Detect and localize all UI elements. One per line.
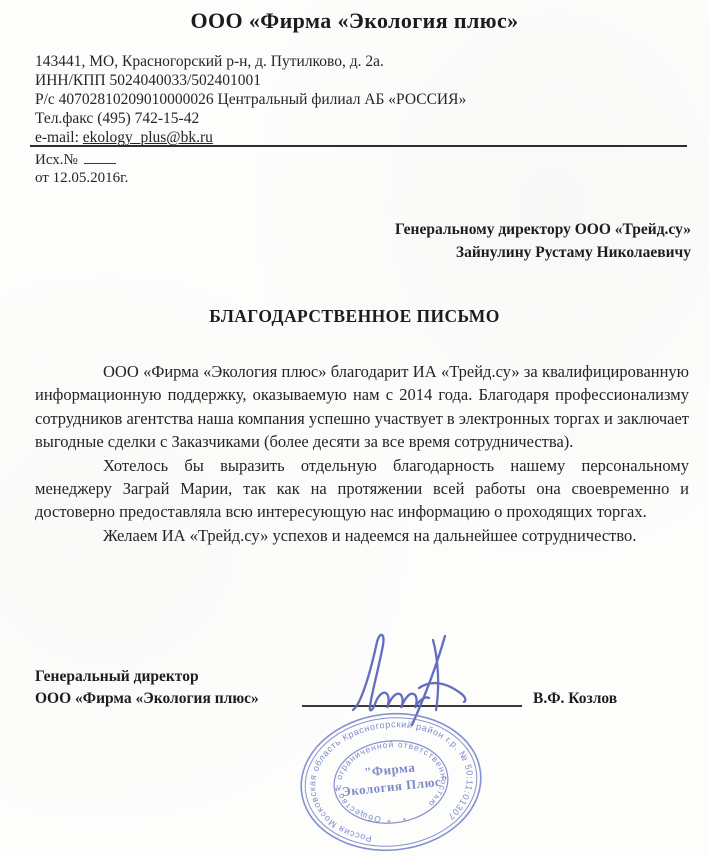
signatory-company-line: ООО «Фирма «Экология плюс» (35, 688, 259, 710)
phone-fax-line: Тел.факс (495) 742-15-42 (35, 109, 685, 128)
letterhead-divider-rule (30, 145, 687, 147)
signatory-title-block: Генеральный директор ООО «Фирма «Экологи… (35, 666, 259, 710)
recipient-name-line: Зайнулину Рустаму Николаевичу (395, 242, 691, 265)
letter-body: ООО «Фирма «Экология плюс» благодарит ИА… (35, 360, 689, 547)
signatory-position-line: Генеральный директор (35, 666, 259, 688)
scanned-letter-page: ООО «Фирма «Экология плюс» 143441, МО, К… (0, 0, 709, 856)
inn-kpp-line: ИНН/КПП 5024040033/502401001 (35, 71, 685, 90)
outgoing-number-line: Исх.№ (35, 150, 128, 169)
recipient-position-line: Генеральному директору ООО «Трейд.су» (395, 219, 691, 242)
subject-heading: БЛАГОДАРСТВЕННОЕ ПИСЬМО (0, 306, 709, 327)
body-paragraph-1: ООО «Фирма «Экология плюс» благодарит ИА… (35, 360, 689, 454)
recipient-block: Генеральному директору ООО «Трейд.су» За… (395, 219, 691, 264)
body-paragraph-2: Хотелось бы выразить отдельную благодарн… (35, 454, 689, 524)
address-line: 143441, МО, Красногорский р-н, д. Путилк… (35, 52, 685, 71)
email-address: ekology_plus@bk.ru (83, 129, 213, 146)
bank-account-line: Р/с 40702810209010000026 Центральный фил… (35, 90, 685, 109)
reference-block: Исх.№ от 12.05.2016г. (35, 150, 128, 187)
body-paragraph-3: Желаем ИА «Трейд.су» успехов и надеемся … (35, 524, 689, 547)
signatory-name: В.Ф. Козлов (533, 690, 617, 708)
outgoing-number-label: Исх.№ (35, 152, 78, 168)
company-stamp: Россия Московская область Красногорский … (297, 711, 485, 853)
outgoing-number-blank (84, 150, 116, 164)
letterhead-details: 143441, МО, Красногорский р-н, д. Путилк… (35, 52, 685, 147)
stamp-center-line-2: "Экология Плюс" (334, 773, 450, 800)
company-name-heading: ООО «Фирма «Экология плюс» (0, 8, 709, 34)
email-label: e-mail: (35, 129, 79, 146)
letter-date-line: от 12.05.2016г. (35, 169, 128, 187)
